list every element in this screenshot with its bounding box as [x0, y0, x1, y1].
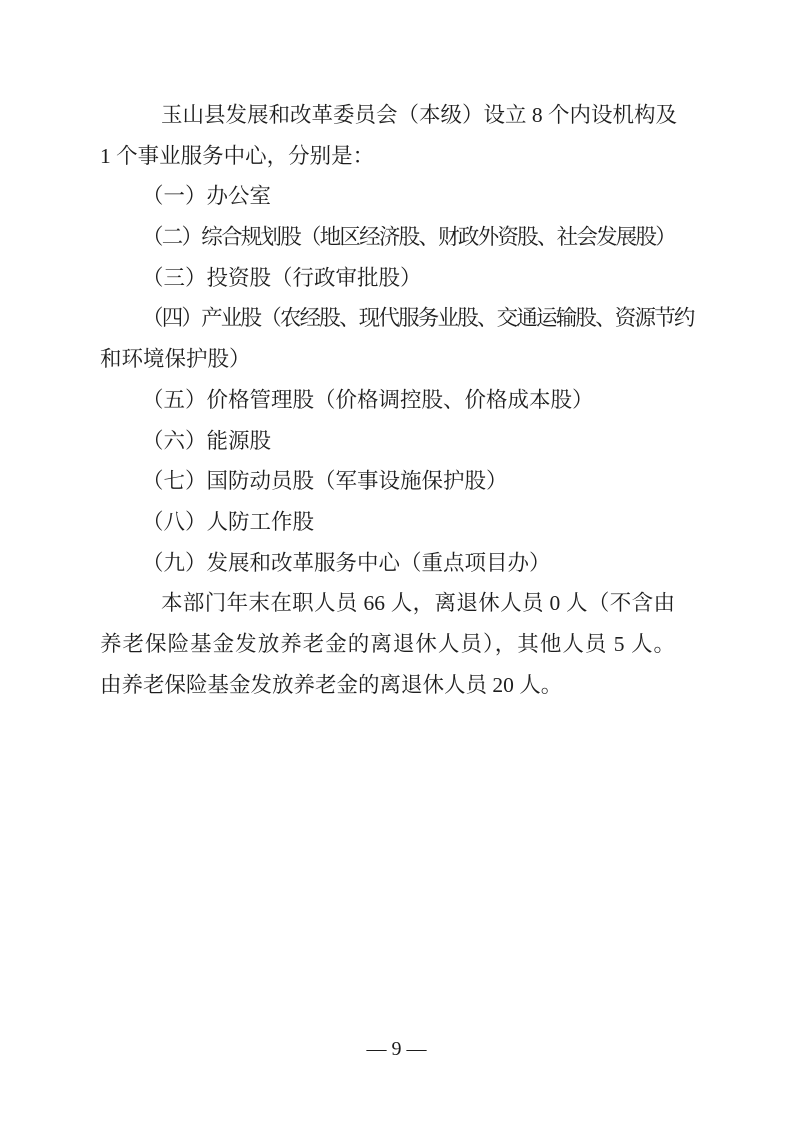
document-line: 1 个事业服务中心，分别是：: [100, 136, 675, 177]
document-line: （四）产业股（农经股、现代服务业股、交通运输股、资源节约: [100, 298, 675, 339]
document-page: 玉山县发展和改革委员会（本级）设立 8 个内设机构及1 个事业服务中心，分别是：…: [0, 0, 793, 1122]
document-body: 玉山县发展和改革委员会（本级）设立 8 个内设机构及1 个事业服务中心，分别是：…: [100, 95, 675, 705]
document-line: （九）发展和改革服务中心（重点项目办）: [100, 543, 675, 584]
document-line: （二）综合规划股（地区经济股、财政外资股、社会发展股）: [100, 217, 675, 258]
document-line: （一）办公室: [100, 176, 675, 217]
document-line: 和环境保护股）: [100, 339, 675, 380]
document-line: 养老保险基金发放养老金的离退休人员），其他人员 5 人。: [100, 624, 675, 665]
document-line: 玉山县发展和改革委员会（本级）设立 8 个内设机构及: [100, 95, 675, 136]
document-line: 由养老保险基金发放养老金的离退休人员 20 人。: [100, 665, 675, 706]
document-line: 本部门年末在职人员 66 人，离退休人员 0 人（不含由: [100, 583, 675, 624]
document-line: （五）价格管理股（价格调控股、价格成本股）: [100, 380, 675, 421]
page-number: — 9 —: [0, 1034, 793, 1064]
document-line: （六）能源股: [100, 421, 675, 462]
document-line: （八）人防工作股: [100, 502, 675, 543]
document-line: （七）国防动员股（军事设施保护股）: [100, 461, 675, 502]
document-line: （三）投资股（行政审批股）: [100, 258, 675, 299]
